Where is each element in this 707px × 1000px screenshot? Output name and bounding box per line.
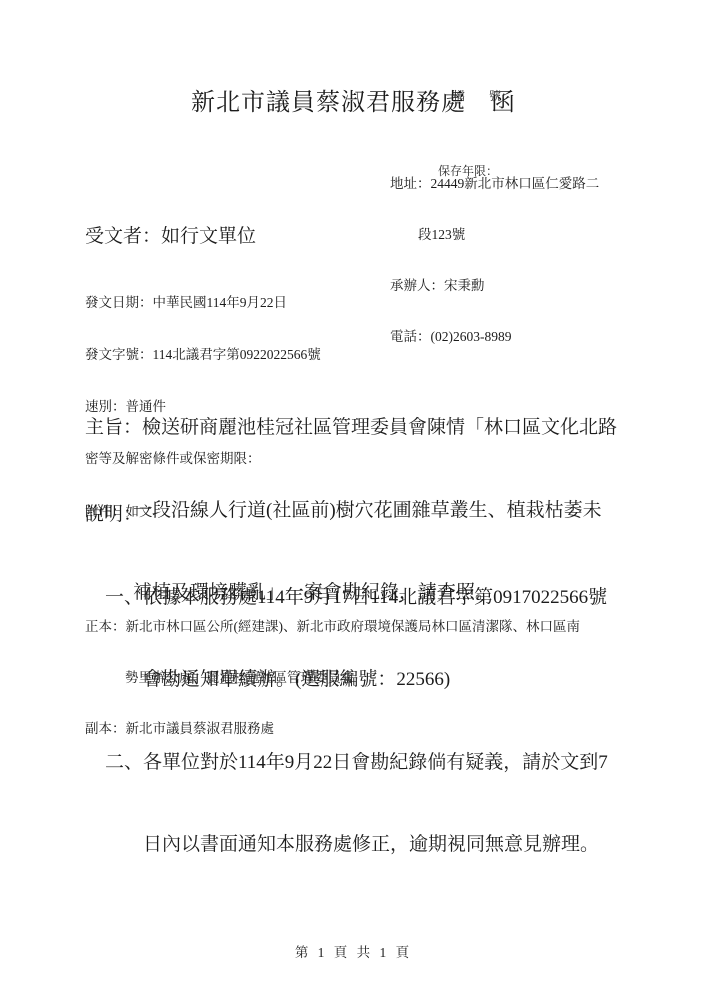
copies-cc-line: 副本：新北市議員蔡淑君服務處 bbox=[85, 720, 645, 737]
copies-cc-label: 副本： bbox=[85, 721, 126, 736]
sender-contact: 承辦人：宋秉勳 bbox=[390, 277, 599, 294]
copies-original-label: 正本： bbox=[85, 619, 126, 634]
copies-cc-text: 新北市議員蔡淑君服務處 bbox=[126, 721, 275, 736]
copies-original-line: 勢里辦公處、麗池桂冠社區管理委員會 bbox=[85, 669, 645, 686]
subject-line: 檢送研商麗池桂冠社區管理委員會陳情「林口區文化北路 bbox=[142, 417, 617, 438]
copies-section: 正本：新北市林口區公所(經建課)、新北市政府環境保護局林口區清潔隊、林口區南 勢… bbox=[85, 584, 645, 771]
page-number-footer: 第 1 頁 共 1 頁 bbox=[0, 941, 707, 961]
document-title: 新北市議員蔡淑君服務處 函 bbox=[0, 82, 707, 117]
copies-original-line: 正本：新北市林口區公所(經建課)、新北市政府環境保護局林口區清潔隊、林口區南 bbox=[85, 618, 645, 635]
sender-address-line1: 地址：24449新北市林口區仁愛路二 bbox=[390, 175, 599, 192]
explanation-item-line: 日內以書面通知本服務處修正，逾期視同無意見辦理。 bbox=[85, 831, 655, 859]
explanation-label: 說明： bbox=[85, 501, 655, 529]
sender-phone: 電話：(02)2603-8989 bbox=[390, 328, 599, 345]
subject-first-line: 主旨：檢送研商麗池桂冠社區管理委員會陳情「林口區文化北路 bbox=[85, 414, 655, 442]
subject-label: 主旨： bbox=[85, 417, 142, 438]
copies-original-text: 新北市林口區公所(經建課)、新北市政府環境保護局林口區清潔隊、林口區南 bbox=[126, 619, 581, 634]
sender-info-block: 地址：24449新北市林口區仁愛路二 段123號 承辦人：宋秉勳 電話：(02)… bbox=[390, 141, 599, 379]
meta-issue-date: 發文日期：中華民國114年9月22日 bbox=[85, 294, 321, 311]
sender-address-line2: 段123號 bbox=[390, 226, 599, 243]
official-letter-page: 檔 號： 保存年限： 新北市議員蔡淑君服務處 函 地址：24449新北市林口區仁… bbox=[0, 0, 707, 1000]
recipient-line: 受文者：如行文單位 bbox=[85, 221, 256, 248]
